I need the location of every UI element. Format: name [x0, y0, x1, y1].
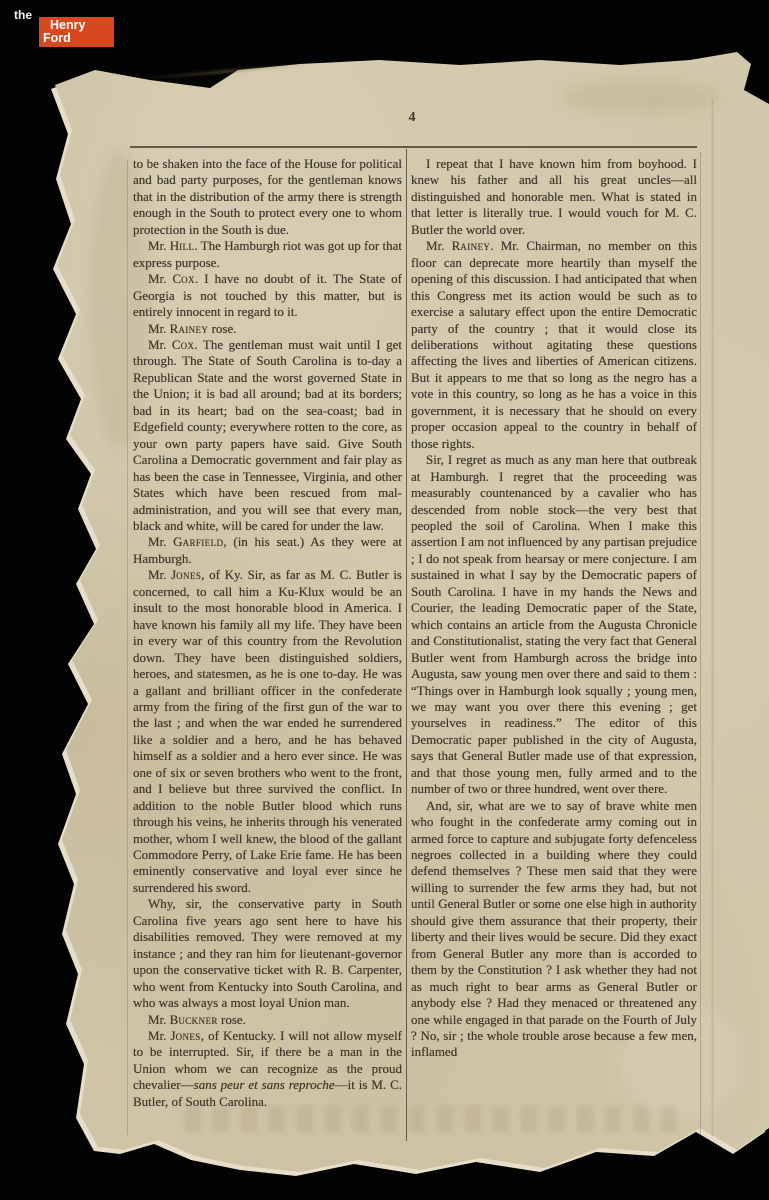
logo-box: Henry Ford — [39, 17, 114, 47]
paragraph: Mr. Rainey. Mr. Chairman, no member on t… — [411, 238, 697, 452]
header-rule — [130, 146, 697, 148]
right-margin-rule — [700, 152, 701, 1137]
logo-ford-text: Ford — [43, 32, 114, 45]
paragraph: Mr. Cox. The gentleman must wait until I… — [133, 337, 402, 534]
paragraph: Mr. Hill. The Hamburgh riot was got up f… — [133, 238, 402, 271]
paragraph: Mr. Cox. I have no doubt of it. The Stat… — [133, 271, 402, 320]
paragraph: Sir, I regret as much as any man here th… — [411, 452, 697, 798]
page-number: 4 — [409, 110, 416, 126]
page-fold-crease — [712, 98, 714, 1136]
column-separator-rule — [406, 149, 407, 1141]
text-column-left: to be shaken into the face of the House … — [133, 156, 402, 1118]
paragraph: Why, sir, the conservative party in Sout… — [133, 896, 402, 1011]
gutter-crease — [127, 160, 128, 1135]
paragraph: Mr. Jones, of Ky. Sir, as far as M. C. B… — [133, 567, 402, 896]
paragraph: Mr. Jones, of Kentucky. I will not allow… — [133, 1028, 402, 1110]
paragraph: Mr. Buckner rose. — [133, 1012, 402, 1028]
paragraph: Mr. Rainey rose. — [133, 321, 402, 337]
paragraph: I repeat that I have known him from boyh… — [411, 156, 697, 238]
paragraph: Mr. Garfield, (in his seat.) As they wer… — [133, 534, 402, 567]
scan-background: { "colors": { "background": "#030303", "… — [0, 0, 769, 1200]
text-column-right: I repeat that I have known him from boyh… — [411, 156, 697, 1156]
logo-the-text: the — [14, 8, 32, 22]
paragraph: And, sir, what are we to say of brave wh… — [411, 798, 697, 1061]
paragraph: to be shaken into the face of the House … — [133, 156, 402, 238]
